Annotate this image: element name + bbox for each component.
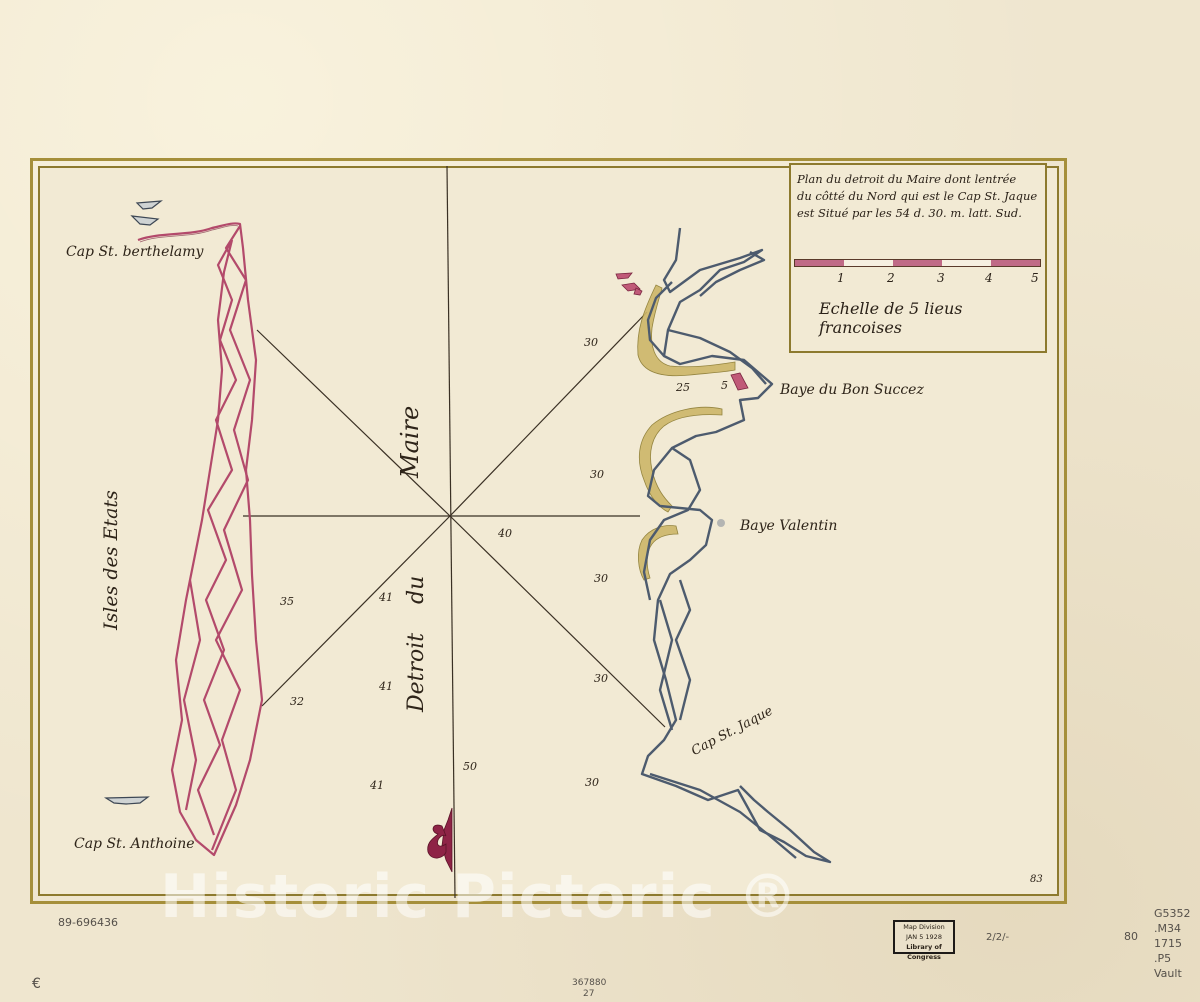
label-baye-valentin: Baye Valentin xyxy=(740,518,837,534)
sounding: 5 xyxy=(721,379,728,392)
cartouche-line-1: Plan du detroit du Maire dont lentrée xyxy=(797,171,1043,188)
center-number-1: 367880 xyxy=(572,978,606,988)
sheet-number: 83 xyxy=(1030,874,1043,885)
label-isles-des-etats-text: Isles des Etats xyxy=(100,490,122,630)
stamp-line-1: Map Division xyxy=(895,922,953,932)
accession-number: 89-696436 xyxy=(58,916,118,929)
stamp-line-2: JAN 5 1928 xyxy=(895,932,953,942)
scale-number: 5 xyxy=(1031,271,1039,285)
label-detroit: Detroit xyxy=(404,633,429,712)
label-du: du xyxy=(404,576,429,604)
scale-segment xyxy=(795,260,844,266)
sounding: 40 xyxy=(498,527,512,540)
scale-bar xyxy=(794,259,1041,267)
watermark: Historic Pictoric ® xyxy=(160,862,799,932)
title-cartouche: Plan du detroit du Maire dont lentrée du… xyxy=(789,163,1047,353)
sounding: 32 xyxy=(290,695,304,708)
sounding: 30 xyxy=(594,672,608,685)
scale-segment xyxy=(844,260,893,266)
cartouche-line-3: est Situé par les 54 d. 30. m. latt. Sud… xyxy=(797,205,1043,222)
call-number: G5352 .M34 1715 .P5 Vault xyxy=(1154,906,1191,981)
scale-caption: Echelle de 5 lieus francoises xyxy=(819,299,1045,337)
sounding: 30 xyxy=(585,776,599,789)
sounding: 30 xyxy=(584,336,598,349)
call-number-line: G5352 xyxy=(1154,906,1191,921)
sounding: 30 xyxy=(590,468,604,481)
call-number-line: .M34 xyxy=(1154,921,1191,936)
sounding: 30 xyxy=(594,572,608,585)
sounding: 41 xyxy=(379,591,393,604)
scale-number: 2 xyxy=(887,271,895,285)
sounding: 50 xyxy=(463,760,477,773)
isles-des-etats-island xyxy=(138,223,262,855)
scale-number: 1 xyxy=(837,271,845,285)
stamp-line-3: Library of Congress xyxy=(895,942,953,962)
scale-number: 4 xyxy=(985,271,993,285)
rhumb-lines xyxy=(243,166,665,898)
label-cap-anthoine: Cap St. Anthoine xyxy=(74,836,195,852)
call-number-line: 1715 xyxy=(1154,936,1191,951)
center-number-2: 27 xyxy=(583,989,594,999)
cartouche-title: Plan du detroit du Maire dont lentrée du… xyxy=(797,171,1043,222)
scale-number: 3 xyxy=(937,271,945,285)
library-stamp: Map Division JAN 5 1928 Library of Congr… xyxy=(893,920,955,954)
cartouche-line-2: du côtté du Nord qui est le Cap St. Jaqu… xyxy=(797,188,1043,205)
label-cap-barthelemy: Cap St. berthelamy xyxy=(66,244,203,260)
fraction-mark: 2/2/- xyxy=(986,932,1009,943)
call-number-line: .P5 xyxy=(1154,951,1191,966)
sounding: 41 xyxy=(370,779,384,792)
label-baye-bon-succes: Baye du Bon Succez xyxy=(780,382,924,398)
scale-segment xyxy=(893,260,942,266)
sounding: 41 xyxy=(379,680,393,693)
call-number-line: Vault xyxy=(1154,966,1191,981)
sounding: 35 xyxy=(280,595,294,608)
scale-numbers: 1 2 3 4 5 xyxy=(791,271,1045,289)
corner-mark: € xyxy=(32,976,41,992)
scale-segment xyxy=(942,260,991,266)
call-number-prefix: 80 xyxy=(1124,930,1138,943)
sounding: 25 xyxy=(676,381,690,394)
scale-segment xyxy=(991,260,1040,266)
label-maire: Maire xyxy=(396,406,424,478)
